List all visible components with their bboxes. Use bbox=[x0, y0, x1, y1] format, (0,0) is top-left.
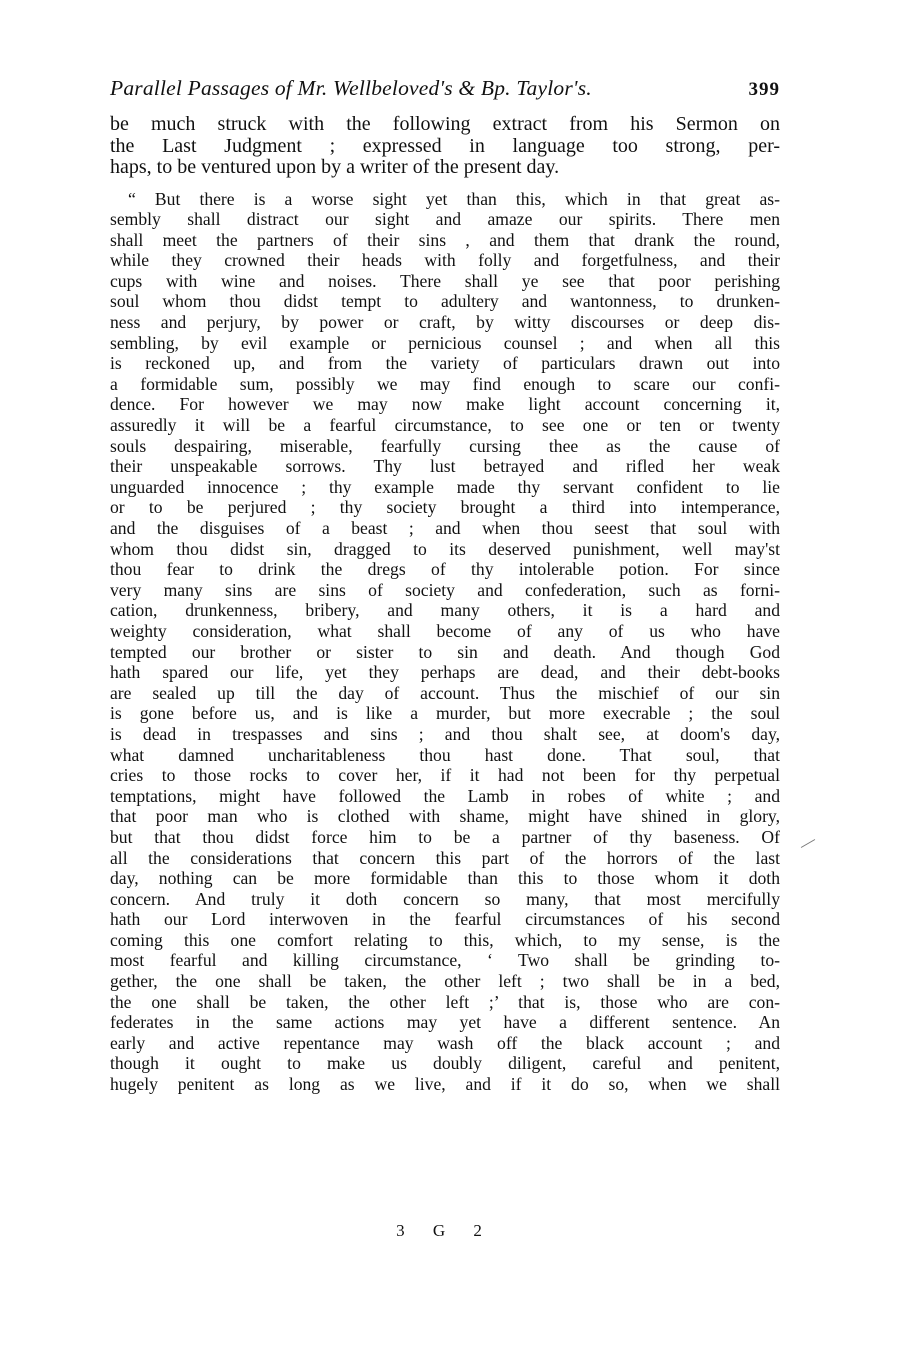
text-line: a formidable sum, possibly we may find e… bbox=[110, 374, 780, 395]
text-line: though it ought to make us doubly dilige… bbox=[110, 1053, 780, 1074]
text-line: thou fear to drink the dregs of thy into… bbox=[110, 559, 780, 580]
text-line: are sealed up till the day of account. T… bbox=[110, 683, 780, 704]
text-line: “ But there is a worse sight yet than th… bbox=[110, 189, 780, 210]
text-line: what damned uncharitableness thou hast d… bbox=[110, 745, 780, 766]
text-line: souls despairing, miserable, fearfully c… bbox=[110, 436, 780, 457]
text-line: day, nothing can be more formidable than… bbox=[110, 868, 780, 889]
intro-paragraph: be much struck with the following extrac… bbox=[110, 114, 780, 179]
text-line: their unspeakable sorrows. Thy lust betr… bbox=[110, 456, 780, 477]
text-line: tempted our brother or sister to sin and… bbox=[110, 642, 780, 663]
running-title: Parallel Passages of Mr. Wellbeloved's &… bbox=[110, 76, 592, 101]
running-head: Parallel Passages of Mr. Wellbeloved's &… bbox=[110, 76, 780, 110]
text-line: all the considerations that concern this… bbox=[110, 848, 780, 869]
text-line: most fearful and killing circumstance, ‘… bbox=[110, 950, 780, 971]
text-line: unguarded innocence ; thy example made t… bbox=[110, 477, 780, 498]
text-line: sembly shall distract our sight and amaz… bbox=[110, 209, 780, 230]
text-line: hugely penitent as long as we live, and … bbox=[110, 1074, 780, 1095]
text-line: cation, drunkenness, bribery, and many o… bbox=[110, 600, 780, 621]
text-line: concern. And truly it doth concern so ma… bbox=[110, 889, 780, 910]
text-line: that poor man who is clothed with shame,… bbox=[110, 806, 780, 827]
text-line: the Last Judgment ; expressed in languag… bbox=[110, 136, 780, 158]
text-line: cries to those rocks to cover her, if it… bbox=[110, 765, 780, 786]
text-line: while they crowned their heads with foll… bbox=[110, 250, 780, 271]
text-line: or to be perjured ; thy society brought … bbox=[110, 497, 780, 518]
book-page: Parallel Passages of Mr. Wellbeloved's &… bbox=[110, 76, 780, 1095]
text-line: gether, the one shall be taken, the othe… bbox=[110, 971, 780, 992]
text-line: haps, to be ventured upon by a writer of… bbox=[110, 157, 780, 179]
page-number: 399 bbox=[749, 79, 781, 101]
text-line: hath spared our life, yet they perhaps a… bbox=[110, 662, 780, 683]
text-line: is gone before us, and is like a murder,… bbox=[110, 703, 780, 724]
text-line: soul whom thou didst tempt to adultery a… bbox=[110, 291, 780, 312]
text-line: but that thou didst force him to be a pa… bbox=[110, 827, 780, 848]
text-line: weighty consideration, what shall become… bbox=[110, 621, 780, 642]
text-line: cups with wine and noises. There shall y… bbox=[110, 271, 780, 292]
text-line: hath our Lord interwoven in the fearful … bbox=[110, 909, 780, 930]
text-line: be much struck with the following extrac… bbox=[110, 114, 780, 136]
text-line: assuredly it will be a fearful circumsta… bbox=[110, 415, 780, 436]
text-line: is reckoned up, and from the variety of … bbox=[110, 353, 780, 374]
text-line: sembling, by evil example or pernicious … bbox=[110, 333, 780, 354]
margin-mark bbox=[801, 839, 815, 848]
text-line: and the disguises of a beast ; and when … bbox=[110, 518, 780, 539]
text-line: whom thou didst sin, dragged to its dese… bbox=[110, 539, 780, 560]
text-line: federates in the same actions may yet ha… bbox=[110, 1012, 780, 1033]
text-line: coming this one comfort relating to this… bbox=[110, 930, 780, 951]
text-line: very many sins are sins of society and c… bbox=[110, 580, 780, 601]
text-line: early and active repentance may wash off… bbox=[110, 1033, 780, 1054]
signature-mark: 3 G 2 bbox=[110, 1221, 780, 1241]
text-line: dence. For however we may now make light… bbox=[110, 394, 780, 415]
quotation-paragraph: “ But there is a worse sight yet than th… bbox=[110, 189, 780, 1095]
text-line: ness and perjury, by power or craft, by … bbox=[110, 312, 780, 333]
text-line: temptations, might have followed the Lam… bbox=[110, 786, 780, 807]
text-line: is dead in trespasses and sins ; and tho… bbox=[110, 724, 780, 745]
text-line: the one shall be taken, the other left ;… bbox=[110, 992, 780, 1013]
text-line: shall meet the partners of their sins , … bbox=[110, 230, 780, 251]
